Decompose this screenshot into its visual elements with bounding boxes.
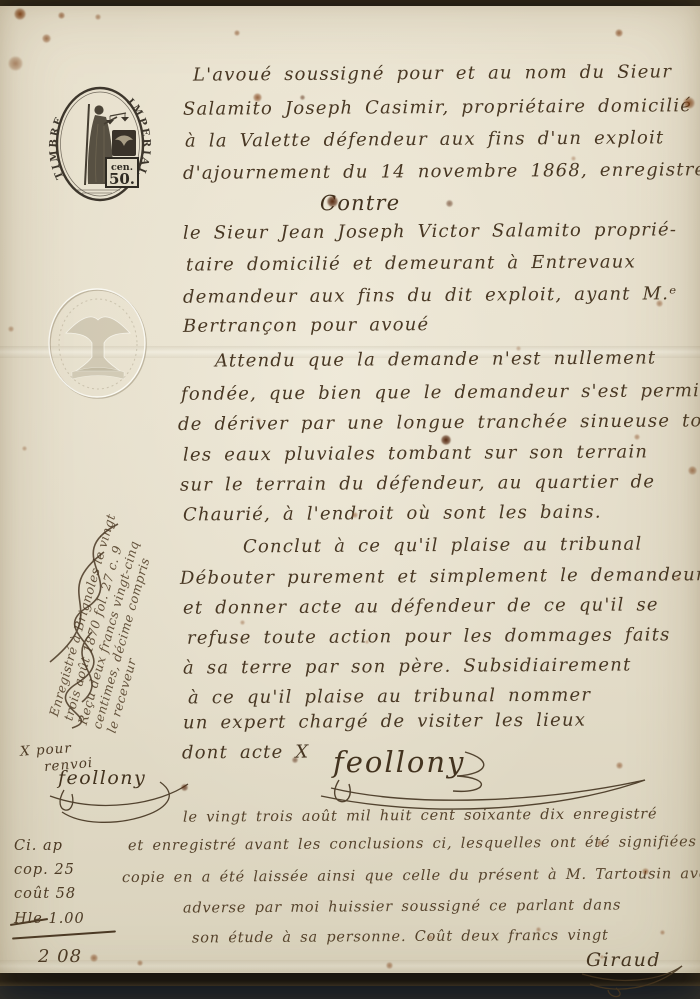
- fox-spot: [516, 346, 521, 351]
- manuscript-line: Bertrançon pour avoué: [183, 314, 429, 337]
- embossed-eagle-seal-icon: [46, 287, 150, 401]
- fox-spot: [14, 8, 26, 20]
- manuscript-line: sur le terrain du défendeur, au quartier…: [180, 471, 655, 495]
- signature-avoue-margin-text: feollony: [56, 767, 146, 789]
- imperial-tax-stamp-icon: TIMBRE IMPERIAL. cen. 50.: [54, 84, 146, 204]
- fox-spot: [634, 434, 640, 440]
- manuscript-line: à sa terre par son père. Subsidiairement: [183, 654, 632, 678]
- ink-spot: [300, 95, 305, 100]
- signature-huissier: Giraud: [558, 944, 693, 996]
- fox-spot: [688, 466, 697, 475]
- ink-spot: [327, 196, 338, 207]
- ink-spot: [441, 435, 451, 445]
- fox-spot: [571, 156, 576, 161]
- manuscript-line: demandeur aux fins du dit exploit, ayant…: [183, 283, 677, 307]
- tally-row: Hle 1.00: [14, 911, 85, 927]
- manuscript-line: L'avoué soussigné pour et au nom du Sieu…: [193, 61, 672, 85]
- fox-spot: [8, 326, 14, 332]
- manuscript-line: dont acte X: [182, 742, 309, 764]
- manuscript-line: et donner acte au défendeur de ce qu'il …: [183, 594, 659, 618]
- ink-spot: [446, 200, 453, 207]
- fox-spot: [8, 56, 23, 71]
- fox-spot: [428, 935, 433, 940]
- fox-spot: [256, 418, 261, 423]
- stamp-shield-eagle-icon: [112, 130, 136, 156]
- manuscript-line: d'ajournement du 14 novembre 1868, enreg…: [183, 159, 700, 184]
- fox-spot: [597, 840, 603, 846]
- fox-spot: [676, 576, 681, 581]
- fox-spot: [240, 620, 245, 625]
- signature-receveur: [32, 512, 142, 732]
- ink-spot: [292, 757, 298, 763]
- stamp-value-label: 50.: [109, 170, 135, 188]
- manuscript-line: le Sieur Jean Joseph Victor Salamito pro…: [183, 219, 677, 243]
- manuscript-line: refuse toute action pour les dommages fa…: [187, 624, 671, 648]
- tally-row: cop. 25: [14, 862, 75, 878]
- fox-spot: [600, 955, 604, 959]
- fox-spot: [642, 868, 649, 875]
- closing-line: le vingt trois août mil huit cent soixan…: [183, 806, 657, 825]
- fox-spot: [22, 446, 27, 451]
- manuscript-line: un expert chargé de visiter les lieux: [183, 710, 586, 734]
- tally-total: 2 08: [38, 946, 82, 967]
- manuscript-line: taire domicilié et demeurant à Entrevaux: [186, 251, 636, 275]
- fox-spot: [683, 97, 695, 109]
- fox-spot: [253, 93, 262, 102]
- manuscript-line: Chaurié, à l'endroit où sont les bains.: [183, 502, 602, 526]
- fox-spot: [386, 962, 393, 969]
- closing-line: adverse par moi huissier soussigné ce pa…: [183, 897, 621, 916]
- fox-spot: [234, 30, 240, 36]
- fox-spot: [42, 34, 51, 43]
- fox-spot: [656, 300, 663, 307]
- scanned-document-page: TIMBRE IMPERIAL. cen. 50.: [0, 0, 700, 999]
- closing-line: son étude à sa personne. Coût deux franc…: [192, 928, 609, 947]
- manuscript-line: à la Valette défendeur aux fins d'un exp…: [185, 127, 665, 151]
- manuscript-line: fondée, que bien que le demandeur s'est …: [181, 380, 700, 405]
- fox-spot: [58, 12, 65, 19]
- signature-avoue-margin: feollony: [40, 752, 195, 824]
- stamp-value-box: cen. 50.: [106, 158, 138, 188]
- tally-row: Ci. ap: [14, 838, 63, 854]
- fox-spot: [536, 927, 541, 932]
- fox-spot: [95, 14, 101, 20]
- manuscript-line: les eaux pluviales tombant sur son terra…: [183, 441, 648, 465]
- signature-avoue: feollony: [305, 736, 655, 808]
- signature-huissier-text: Giraud: [586, 949, 661, 971]
- ink-spot: [181, 784, 188, 791]
- fox-spot: [616, 762, 623, 769]
- manuscript-line: Attendu que la demande n'est nullement: [215, 347, 656, 371]
- fox-spot: [365, 640, 369, 644]
- fox-spot: [90, 954, 98, 962]
- fox-spot: [660, 930, 665, 935]
- fox-spot: [137, 960, 143, 966]
- manuscript-line: Conclut à ce qu'il plaise au tribunal: [243, 534, 643, 558]
- manuscript-line: à ce qu'il plaise au tribunal nommer: [188, 685, 591, 709]
- manuscript-line: Débouter purement et simplement le deman…: [180, 564, 700, 589]
- signature-avoue-text: feollony: [331, 745, 465, 779]
- fox-spot: [615, 29, 623, 37]
- fox-spot: [352, 512, 358, 518]
- tally-row: coût 58: [14, 886, 76, 902]
